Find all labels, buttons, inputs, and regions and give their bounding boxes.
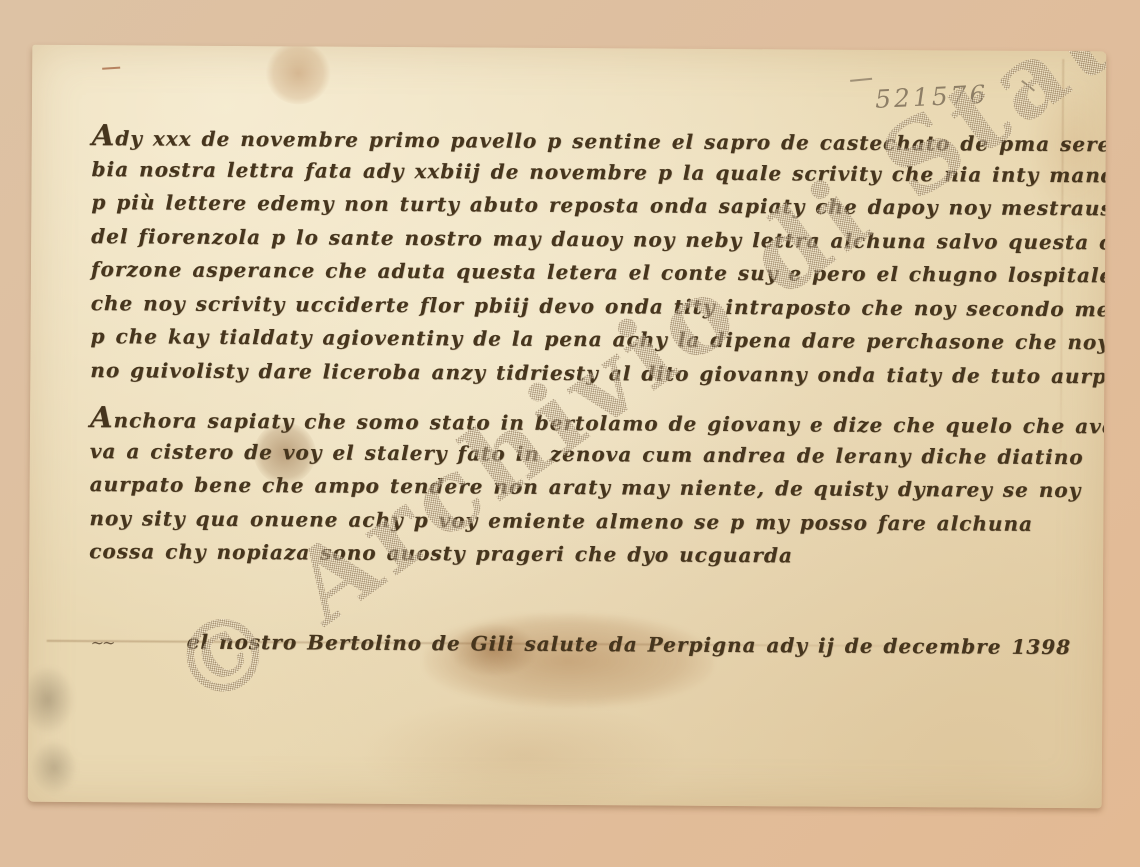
pencil-dash-mark — [850, 78, 872, 82]
stain-left-edge-smudge — [28, 665, 76, 735]
margin-dash-mark: ~~ — [91, 633, 114, 652]
red-fiber-mark — [102, 67, 120, 70]
stain-left-edge-smudge — [30, 740, 78, 795]
manuscript-line: no guivolisty dare liceroba anzy tidries… — [90, 354, 1106, 394]
manuscript-paragraph-1: Ady xxx de novembre primo pavello p sent… — [90, 119, 1106, 394]
manuscript-closing-line: el nostro Bertolino de Gili salute da Pe… — [187, 626, 1072, 664]
manuscript-line: cossa chy nopiaza sono auosty prageri ch… — [89, 535, 1106, 575]
document-paper: 521576 Ady xxx de novembre primo pavello… — [28, 45, 1107, 809]
manuscript-line: aurpato bene che ampo tendere non araty … — [90, 468, 1107, 508]
manuscript-paragraph-2: Anchora sapiaty che somo stato in bertol… — [89, 401, 1106, 575]
stain-bottom-faint — [358, 697, 689, 809]
manuscript-line: Anchora sapiaty che somo stato in bertol… — [90, 401, 1106, 441]
pencil-dash-mark — [1021, 80, 1035, 91]
stain-top-round — [265, 45, 331, 105]
scanned-document-view: 521576 Ady xxx de novembre primo pavello… — [0, 0, 1140, 867]
archive-inventory-number: 521576 — [874, 80, 989, 114]
